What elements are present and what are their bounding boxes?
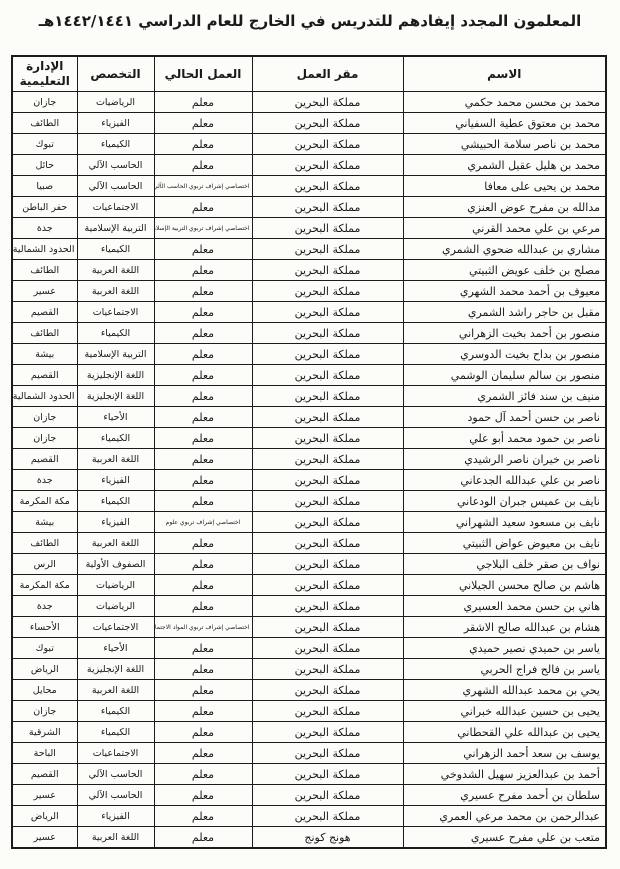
column-header-edu-admin: الإدارة التعليمية	[12, 56, 77, 92]
cell-work-location: مملكة البحرين	[252, 785, 403, 806]
cell-specialization: الكيمياء	[77, 323, 154, 344]
cell-work-location: مملكة البحرين	[252, 806, 403, 827]
cell-work-location: مملكة البحرين	[252, 239, 403, 260]
cell-name: عبدالرحمن بن محمد مرعي العمري	[403, 806, 606, 827]
cell-name: نايف بن مسعود سعيد الشهراني	[403, 512, 606, 533]
cell-work-location: مملكة البحرين	[252, 428, 403, 449]
cell-current-job: معلم	[154, 575, 252, 596]
cell-edu-admin: صبيا	[12, 176, 77, 197]
cell-work-location: مملكة البحرين	[252, 470, 403, 491]
cell-edu-admin: القصيم	[12, 365, 77, 386]
cell-specialization: الاجتماعيات	[77, 743, 154, 764]
table-row: محمد بن معتوق عطية السفياني مملكة البحري…	[12, 113, 606, 134]
cell-name: محمد بن معتوق عطية السفياني	[403, 113, 606, 134]
cell-name: محمد بن ناصر سلامة الحبيشي	[403, 134, 606, 155]
cell-specialization: الكيمياء	[77, 722, 154, 743]
cell-current-job: معلم	[154, 407, 252, 428]
cell-work-location: مملكة البحرين	[252, 638, 403, 659]
cell-name: ناصر بن علي عبدالله الجدعاني	[403, 470, 606, 491]
table-row: ياسر بن حميدي نصير حميدي مملكة البحرين م…	[12, 638, 606, 659]
table-row: ياسر بن فالح فراج الحربي مملكة البحرين م…	[12, 659, 606, 680]
table-row: يوسف بن سعد أحمد الزهراني مملكة البحرين …	[12, 743, 606, 764]
cell-work-location: مملكة البحرين	[252, 260, 403, 281]
table-row: هاني بن حسن محمد العسيري مملكة البحرين م…	[12, 596, 606, 617]
cell-current-job: معلم	[154, 449, 252, 470]
cell-edu-admin: الرياض	[12, 659, 77, 680]
table-row: منصور بن سالم سليمان الوشمي مملكة البحري…	[12, 365, 606, 386]
cell-name: يحي بن محمد عبدالله الشهري	[403, 680, 606, 701]
cell-name: هاشم بن صالح محسن الجيلاني	[403, 575, 606, 596]
table-row: هشام بن عبدالله صالح الاشقر مملكة البحري…	[12, 617, 606, 638]
cell-name: محمد بن يحيى على معافا	[403, 176, 606, 197]
cell-specialization: الاجتماعيات	[77, 197, 154, 218]
table-row: نايف بن مسعود سعيد الشهراني مملكة البحري…	[12, 512, 606, 533]
cell-name: أحمد بن عبدالعزيز سهيل الشدوخي	[403, 764, 606, 785]
cell-current-job: معلم	[154, 155, 252, 176]
cell-current-job: اختصاصي إشراف تربوي المواد الاجتماعية	[154, 617, 252, 638]
cell-work-location: مملكة البحرين	[252, 218, 403, 239]
cell-work-location: مملكة البحرين	[252, 449, 403, 470]
cell-name: محمد بن محسن محمد حكمي	[403, 92, 606, 113]
table-row: محمد بن هليل عقيل الشمري مملكة البحرين م…	[12, 155, 606, 176]
cell-edu-admin: جدة	[12, 218, 77, 239]
cell-specialization: الكيمياء	[77, 701, 154, 722]
cell-edu-admin: جدة	[12, 470, 77, 491]
cell-work-location: مملكة البحرين	[252, 533, 403, 554]
cell-edu-admin: تبوك	[12, 134, 77, 155]
table-row: نايف بن عميس جبران الودعاني مملكة البحري…	[12, 491, 606, 512]
cell-work-location: هونج كونج	[252, 827, 403, 849]
table-row: ناصر بن علي عبدالله الجدعاني مملكة البحر…	[12, 470, 606, 491]
table-row: مصلح بن خلف عويض الثبيتي مملكة البحرين م…	[12, 260, 606, 281]
table-row: محمد بن محسن محمد حكمي مملكة البحرين معل…	[12, 92, 606, 113]
cell-specialization: الحاسب الآلي	[77, 155, 154, 176]
cell-name: معيوف بن أحمد محمد الشهري	[403, 281, 606, 302]
cell-specialization: الكيمياء	[77, 134, 154, 155]
cell-specialization: اللغة الإنجليزية	[77, 365, 154, 386]
table-row: محمد بن يحيى على معافا مملكة البحرين اخت…	[12, 176, 606, 197]
table-row: يحيى بن حسين عبدالله خبراني مملكة البحري…	[12, 701, 606, 722]
table-row: ناصر بن حسن أحمد آل حمود مملكة البحرين م…	[12, 407, 606, 428]
cell-current-job: معلم	[154, 659, 252, 680]
cell-current-job: معلم	[154, 323, 252, 344]
table-row: مدالله بن مفرح عوض العنزي مملكة البحرين …	[12, 197, 606, 218]
cell-current-job: معلم	[154, 470, 252, 491]
cell-edu-admin: الطائف	[12, 323, 77, 344]
cell-edu-admin: الرس	[12, 554, 77, 575]
cell-name: ناصر بن حمود محمد أبو علي	[403, 428, 606, 449]
cell-current-job: معلم	[154, 743, 252, 764]
cell-work-location: مملكة البحرين	[252, 113, 403, 134]
cell-current-job: معلم	[154, 701, 252, 722]
cell-edu-admin: الأحساء	[12, 617, 77, 638]
cell-edu-admin: بيشة	[12, 344, 77, 365]
table-row: هاشم بن صالح محسن الجيلاني مملكة البحرين…	[12, 575, 606, 596]
cell-name: محمد بن هليل عقيل الشمري	[403, 155, 606, 176]
cell-name: نايف بن عميس جبران الودعاني	[403, 491, 606, 512]
cell-specialization: اللغة العربية	[77, 260, 154, 281]
cell-work-location: مملكة البحرين	[252, 722, 403, 743]
cell-specialization: الصفوف الأولية	[77, 554, 154, 575]
cell-name: يحيى بن عبدالله علي القحطاني	[403, 722, 606, 743]
cell-current-job: معلم	[154, 428, 252, 449]
cell-work-location: مملكة البحرين	[252, 302, 403, 323]
cell-name: منصور بن بداح بخيت الدوسري	[403, 344, 606, 365]
cell-edu-admin: الحدود الشمالية	[12, 386, 77, 407]
scanned-document-page: المعلمون المجدد إيفادهم للتدريس في الخار…	[0, 0, 620, 869]
cell-work-location: مملكة البحرين	[252, 197, 403, 218]
cell-specialization: الأحياء	[77, 407, 154, 428]
table-row: نواف بن صقر خلف البلاجي مملكة البحرين مع…	[12, 554, 606, 575]
cell-work-location: مملكة البحرين	[252, 134, 403, 155]
cell-name: منصور بن أحمد بخيت الزهراني	[403, 323, 606, 344]
cell-work-location: مملكة البحرين	[252, 512, 403, 533]
cell-name: نواف بن صقر خلف البلاجي	[403, 554, 606, 575]
cell-work-location: مملكة البحرين	[252, 323, 403, 344]
cell-name: مشاري بن عبدالله ضحوي الشمري	[403, 239, 606, 260]
cell-name: ياسر بن فالح فراج الحربي	[403, 659, 606, 680]
cell-current-job: معلم	[154, 113, 252, 134]
cell-current-job: معلم	[154, 533, 252, 554]
cell-specialization: الكيمياء	[77, 491, 154, 512]
cell-current-job: معلم	[154, 785, 252, 806]
table-row: مرعي بن علي محمد القرني مملكة البحرين اخ…	[12, 218, 606, 239]
cell-work-location: مملكة البحرين	[252, 743, 403, 764]
cell-specialization: الحاسب الآلي	[77, 785, 154, 806]
cell-current-job: معلم	[154, 92, 252, 113]
cell-name: مرعي بن علي محمد القرني	[403, 218, 606, 239]
cell-specialization: اللغة العربية	[77, 533, 154, 554]
cell-current-job: معلم	[154, 638, 252, 659]
table-row: أحمد بن عبدالعزيز سهيل الشدوخي مملكة الب…	[12, 764, 606, 785]
cell-current-job: معلم	[154, 827, 252, 849]
cell-specialization: الفيزياء	[77, 470, 154, 491]
cell-edu-admin: القصيم	[12, 302, 77, 323]
cell-edu-admin: الباحة	[12, 743, 77, 764]
cell-name: يوسف بن سعد أحمد الزهراني	[403, 743, 606, 764]
cell-specialization: اللغة العربية	[77, 281, 154, 302]
cell-edu-admin: جدة	[12, 596, 77, 617]
cell-work-location: مملكة البحرين	[252, 386, 403, 407]
column-header-current-job: العمل الحالي	[154, 56, 252, 92]
cell-specialization: الفيزياء	[77, 512, 154, 533]
table-row: محمد بن ناصر سلامة الحبيشي مملكة البحرين…	[12, 134, 606, 155]
cell-current-job: اختصاصي إشراف تربوي الحاسب الآلي	[154, 176, 252, 197]
table-body: محمد بن محسن محمد حكمي مملكة البحرين معل…	[12, 92, 606, 849]
table-row: منصور بن أحمد بخيت الزهراني مملكة البحري…	[12, 323, 606, 344]
cell-edu-admin: جازان	[12, 701, 77, 722]
cell-specialization: الاجتماعيات	[77, 617, 154, 638]
cell-name: هاني بن حسن محمد العسيري	[403, 596, 606, 617]
cell-work-location: مملكة البحرين	[252, 407, 403, 428]
table-row: سلطان بن أحمد مفرح عسيري مملكة البحرين م…	[12, 785, 606, 806]
cell-specialization: الاجتماعيات	[77, 302, 154, 323]
table-row: معيوف بن أحمد محمد الشهري مملكة البحرين …	[12, 281, 606, 302]
cell-current-job: معلم	[154, 239, 252, 260]
cell-edu-admin: بيشة	[12, 512, 77, 533]
cell-name: مدالله بن مفرح عوض العنزي	[403, 197, 606, 218]
cell-edu-admin: عسير	[12, 827, 77, 849]
table-row: نايف بن معيوض عواض الثبيتي مملكة البحرين…	[12, 533, 606, 554]
table-row: يحيى بن عبدالله علي القحطاني مملكة البحر…	[12, 722, 606, 743]
table-row: متعب بن علي مفرح عسيري هونج كونج معلم ال…	[12, 827, 606, 849]
table-row: ناصر بن خيران ناصر الرشيدي مملكة البحرين…	[12, 449, 606, 470]
cell-current-job: اختصاصي إشراف تربوي التربية الإسلامية	[154, 218, 252, 239]
table-row: ناصر بن حمود محمد أبو علي مملكة البحرين …	[12, 428, 606, 449]
cell-specialization: الكيمياء	[77, 239, 154, 260]
cell-edu-admin: القصيم	[12, 764, 77, 785]
cell-specialization: الرياضيات	[77, 596, 154, 617]
cell-name: ناصر بن حسن أحمد آل حمود	[403, 407, 606, 428]
cell-current-job: معلم	[154, 386, 252, 407]
cell-edu-admin: القصيم	[12, 449, 77, 470]
cell-name: مصلح بن خلف عويض الثبيتي	[403, 260, 606, 281]
cell-work-location: مملكة البحرين	[252, 575, 403, 596]
cell-edu-admin: جازان	[12, 428, 77, 449]
cell-specialization: الرياضيات	[77, 575, 154, 596]
cell-current-job: معلم	[154, 596, 252, 617]
cell-current-job: معلم	[154, 722, 252, 743]
cell-current-job: معلم	[154, 302, 252, 323]
cell-name: منصور بن سالم سليمان الوشمي	[403, 365, 606, 386]
cell-name: سلطان بن أحمد مفرح عسيري	[403, 785, 606, 806]
page-title: المعلمون المجدد إيفادهم للتدريس في الخار…	[0, 12, 620, 30]
cell-work-location: مملكة البحرين	[252, 680, 403, 701]
cell-current-job: معلم	[154, 365, 252, 386]
cell-name: ياسر بن حميدي نصير حميدي	[403, 638, 606, 659]
cell-current-job: معلم	[154, 344, 252, 365]
cell-name: متعب بن علي مفرح عسيري	[403, 827, 606, 849]
cell-specialization: اللغة العربية	[77, 680, 154, 701]
cell-edu-admin: محايل	[12, 680, 77, 701]
table-row: منصور بن بداح بخيت الدوسري مملكة البحرين…	[12, 344, 606, 365]
cell-specialization: الرياضيات	[77, 92, 154, 113]
cell-work-location: مملكة البحرين	[252, 155, 403, 176]
cell-specialization: اللغة الإنجليزية	[77, 386, 154, 407]
cell-specialization: الكيمياء	[77, 428, 154, 449]
cell-current-job: معلم	[154, 281, 252, 302]
cell-name: يحيى بن حسين عبدالله خبراني	[403, 701, 606, 722]
cell-edu-admin: الرياض	[12, 806, 77, 827]
cell-edu-admin: الشرقية	[12, 722, 77, 743]
cell-specialization: التربية الإسلامية	[77, 344, 154, 365]
table-row: يحي بن محمد عبدالله الشهري مملكة البحرين…	[12, 680, 606, 701]
cell-work-location: مملكة البحرين	[252, 365, 403, 386]
cell-edu-admin: جازان	[12, 407, 77, 428]
cell-current-job: معلم	[154, 260, 252, 281]
cell-specialization: اللغة العربية	[77, 449, 154, 470]
cell-work-location: مملكة البحرين	[252, 596, 403, 617]
table-row: مقبل بن حاجر راشد الشمري مملكة البحرين م…	[12, 302, 606, 323]
column-header-work-location: مقر العمل	[252, 56, 403, 92]
cell-work-location: مملكة البحرين	[252, 281, 403, 302]
cell-edu-admin: الطائف	[12, 533, 77, 554]
cell-edu-admin: عسير	[12, 281, 77, 302]
cell-work-location: مملكة البحرين	[252, 701, 403, 722]
cell-current-job: اختصاصي إشراف تربوي علوم	[154, 512, 252, 533]
cell-edu-admin: مكة المكرمة	[12, 575, 77, 596]
cell-current-job: معلم	[154, 554, 252, 575]
cell-edu-admin: الطائف	[12, 113, 77, 134]
cell-edu-admin: جازان	[12, 92, 77, 113]
cell-work-location: مملكة البحرين	[252, 92, 403, 113]
cell-current-job: معلم	[154, 806, 252, 827]
cell-edu-admin: عسير	[12, 785, 77, 806]
cell-current-job: معلم	[154, 764, 252, 785]
cell-specialization: الفيزياء	[77, 113, 154, 134]
cell-work-location: مملكة البحرين	[252, 764, 403, 785]
cell-current-job: معلم	[154, 491, 252, 512]
cell-specialization: الفيزياء	[77, 806, 154, 827]
teachers-table: الاسم مقر العمل العمل الحالي التخصص الإد…	[11, 55, 607, 849]
cell-specialization: الأحياء	[77, 638, 154, 659]
cell-work-location: مملكة البحرين	[252, 176, 403, 197]
cell-name: ناصر بن خيران ناصر الرشيدي	[403, 449, 606, 470]
cell-edu-admin: مكة المكرمة	[12, 491, 77, 512]
cell-edu-admin: الحدود الشمالية	[12, 239, 77, 260]
column-header-name: الاسم	[403, 56, 606, 92]
cell-name: هشام بن عبدالله صالح الاشقر	[403, 617, 606, 638]
cell-specialization: التربية الإسلامية	[77, 218, 154, 239]
cell-work-location: مملكة البحرين	[252, 617, 403, 638]
column-header-specialization: التخصص	[77, 56, 154, 92]
table-row: مشاري بن عبدالله ضحوي الشمري مملكة البحر…	[12, 239, 606, 260]
cell-specialization: الحاسب الآلي	[77, 176, 154, 197]
cell-work-location: مملكة البحرين	[252, 491, 403, 512]
cell-edu-admin: الطائف	[12, 260, 77, 281]
header-row: الاسم مقر العمل العمل الحالي التخصص الإد…	[12, 56, 606, 92]
cell-specialization: اللغة الإنجليزية	[77, 659, 154, 680]
cell-edu-admin: تبوك	[12, 638, 77, 659]
cell-current-job: معلم	[154, 680, 252, 701]
cell-current-job: معلم	[154, 134, 252, 155]
cell-name: مقبل بن حاجر راشد الشمري	[403, 302, 606, 323]
cell-specialization: الحاسب الآلي	[77, 764, 154, 785]
cell-name: منيف بن سند فائز الشمري	[403, 386, 606, 407]
cell-name: نايف بن معيوض عواض الثبيتي	[403, 533, 606, 554]
cell-edu-admin: حفر الباطن	[12, 197, 77, 218]
table-row: عبدالرحمن بن محمد مرعي العمري مملكة البح…	[12, 806, 606, 827]
cell-edu-admin: حائل	[12, 155, 77, 176]
cell-work-location: مملكة البحرين	[252, 344, 403, 365]
cell-work-location: مملكة البحرين	[252, 659, 403, 680]
cell-specialization: اللغة العربية	[77, 827, 154, 849]
table-row: منيف بن سند فائز الشمري مملكة البحرين مع…	[12, 386, 606, 407]
cell-work-location: مملكة البحرين	[252, 554, 403, 575]
cell-current-job: معلم	[154, 197, 252, 218]
